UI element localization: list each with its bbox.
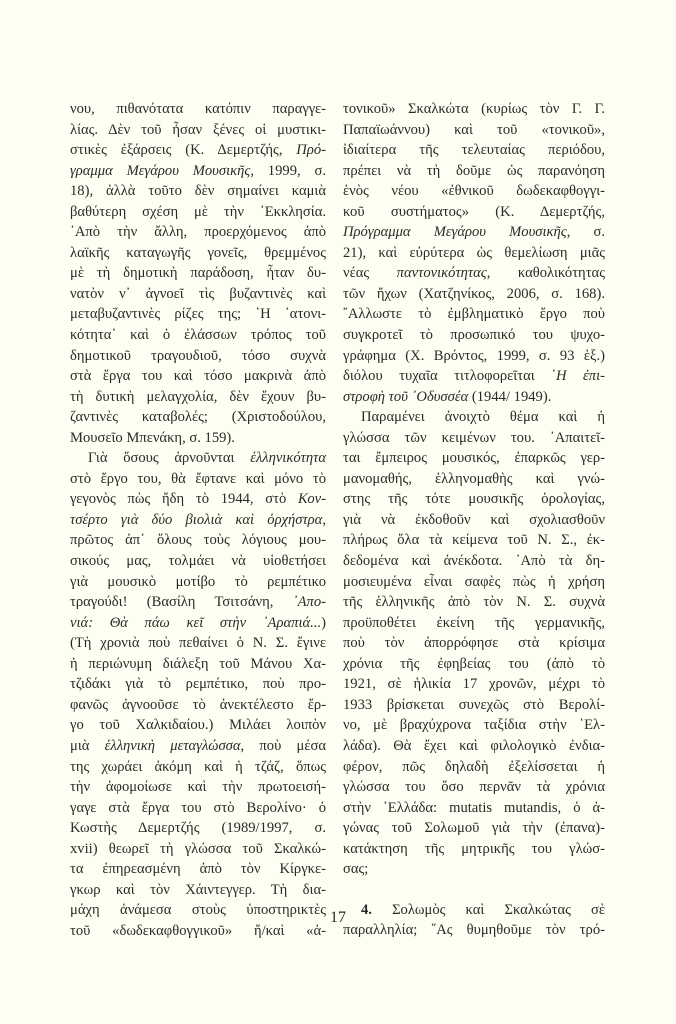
italic-title: Κον-	[298, 491, 326, 507]
text-line: τσέρτο γιὰ δύο βιολιὰ καὶ ὀρχήστρα,	[70, 510, 326, 531]
text-line: κατάκτηση τῆς μητρικῆς του γλώσ-	[343, 839, 605, 860]
text-line: γκωρ καὶ τὸν Χάιντεγγερ. Τὴ δια-	[70, 880, 326, 901]
text-line: Κωστὴς Δεμερτζής (1989/1997, σ.	[70, 818, 326, 839]
text-line: γιὰ μουσικὸ μοτίβο τὸ ρεμπέτικο	[70, 572, 326, 593]
text-line: φέρον, πῶς δηλαδὴ ἐξελίσσεται ἡ	[343, 757, 605, 778]
text-line: μανομαθής, ἑλληνομαθὴς καὶ γνώ-	[343, 469, 605, 490]
text-line: γαγε στὰ ἔργα του στὸ Βερολίνο· ὁ	[70, 798, 326, 819]
text-line: μιὰ ἑλληνικὴ μεταγλώσσα, ποὺ μέσα	[70, 736, 326, 757]
text-line: στικὲς ἐξάρσεις (Κ. Δεμερτζής, Πρό-	[70, 140, 326, 161]
text-line: xvii) θεωρεῖ τὴ γλώσσα τοῦ Σκαλκώ-	[70, 839, 326, 860]
text-line: συγκροτεῖ τὸ προσωπικό του ψυχο-	[343, 325, 605, 346]
text-line: 21), καὶ εὐρύτερα ὡς θεμελίωση μιᾶς	[343, 243, 605, 264]
text-line: στὰ ἔργα του καὶ τόσο μακρινὰ ἀπὸ	[70, 366, 326, 387]
text-line: γλώσσα τῶν κειμένων του. ᾿Απαιτεῖ-	[343, 428, 605, 449]
text-line: τὴ δυτικὴ μελαγχολία, δὲν ἔχουν βυ-	[70, 387, 326, 408]
paragraph-start-line: Παραμένει ἀνοιχτὸ θέμα καὶ ἡ	[343, 407, 605, 428]
text-line: σικούς μας, τολμάει νὰ υἱοθετήσει	[70, 551, 326, 572]
text-line: ποὺ τὸν ἀπορρόφησε στὰ κρίσιμα	[343, 633, 605, 654]
text-line: προϋποθέτει ἐκείνη τῆς γερμανικῆς,	[343, 613, 605, 634]
italic-title: ᾿Απο-	[293, 594, 326, 610]
text-line: ἡ περιώνυμη διάλεξη τοῦ Μάνου Χα-	[70, 654, 326, 675]
text-line: στὴν ῾Ελλάδα: mutatis mutandis, ὁ ἀ-	[343, 798, 605, 819]
text-line: τῆς ἑλληνικῆς ἀπὸ τὸν Ν. Σ. συχνὰ	[343, 592, 605, 613]
text-line: γεγονὸς πὼς ἤδη τὸ 1944, στὸ Κον-	[70, 489, 326, 510]
text-line: λίας. Δὲν τοῦ ἦσαν ξένες οἱ μυστικι-	[70, 120, 326, 141]
text-line: χρόνια τῆς ἐφηβείας του (ἀπὸ τὸ	[343, 654, 605, 675]
text-line: στὸ ἔργο του, θὰ ἔφτανε καὶ μόνο τὸ	[70, 469, 326, 490]
text-line: νου, πιθανότατα κατόπιν παραγγε-	[70, 99, 326, 120]
text-line: ἰδιαίτερα τῆς τελευταίας περιόδου,	[343, 140, 605, 161]
text-line: μεταβυζαντινὲς ρίζες της; ῾Η ᾿ατονι-	[70, 304, 326, 325]
left-text-column: νου, πιθανότατα κατόπιν παραγγε- λίας. Δ…	[70, 99, 326, 941]
right-text-column: τονικοῦ» Σκαλκώτα (κυρίως τὸν Γ. Γ. Παπα…	[343, 99, 605, 941]
text-line: μὲ τὴ δημοτικὴ παράδοση, ἦταν δυ-	[70, 263, 326, 284]
text-line: ται ἔμπειρος μουσικός, ἐπαρκῶς γερ-	[343, 448, 605, 469]
text-line: κοῦ συστήματος» (Κ. Δεμερτζής,	[343, 202, 605, 223]
text-line: γιὰ νὰ ἐκδοθοῦν καὶ σχολιασθοῦν	[343, 510, 605, 531]
text-line: πρέπει νὰ τὴ δοῦμε ὡς παρανόηση	[343, 161, 605, 182]
italic-term: ἑλληνικότητα	[250, 450, 326, 466]
text-line: νέας παντονικότητας, καθολικότητας	[343, 263, 605, 284]
text-line: γο τοῦ Χαλκιδαίου.) Μιλάει λοιπὸν	[70, 715, 326, 736]
italic-title: τσέρτο γιὰ δύο βιολιὰ καὶ ὀρχήστρα	[70, 512, 322, 528]
text-line: σας;	[343, 859, 605, 880]
text-line: γλώσσα του ὅσο περνᾶν τὰ χρόνια	[343, 777, 605, 798]
text-line: 1933 βρίσκεται συνεχῶς στὸ Βερολί-	[343, 695, 605, 716]
italic-term: ἑλληνικὴ μεταγλώσσα	[105, 738, 241, 754]
text-line: τῶν ἤχων (Χατζηνίκος, 2006, σ. 168).	[343, 284, 605, 305]
text-line: τονικοῦ» Σκαλκώτα (κυρίως τὸν Γ. Γ.	[343, 99, 605, 120]
text-line: διόλου τυχαῖα τιτλοφορεῖται ῾Η ἐπι-	[343, 366, 605, 387]
italic-title: Πρόγραμμα Μεγάρου Μουσικῆς	[343, 224, 567, 240]
page-number: 17	[0, 909, 676, 927]
text-line: Παπαϊωάννου) καὶ τοῦ «τονικοῦ»,	[343, 120, 605, 141]
text-line: τζιδάκι γιὰ τὸ ρεμπέτικο, ποὺ προ-	[70, 674, 326, 695]
text-line: 18), ἀλλὰ τοῦτο δὲν σημαίνει καμιὰ	[70, 181, 326, 202]
text-line: δεδομένα καὶ ἀνέκδοτα. ᾿Απὸ τὰ δη-	[343, 551, 605, 572]
text-line: στης τῆς τότε μουσικῆς ὁρολογίας,	[343, 489, 605, 510]
text-line: κότητα᾿ καὶ ὁ ἐλάσσων τρόπος τοῦ	[70, 325, 326, 346]
text-line: βαθύτερη σχέση μὲ τὴν ᾿Εκκλησία.	[70, 202, 326, 223]
text-line: τραγούδι! (Βασίλη Τσιτσάνη, ᾿Απο-	[70, 592, 326, 613]
text-line: Πρόγραμμα Μεγάρου Μουσικῆς, σ.	[343, 222, 605, 243]
text-line: Μουσεῖο Μπενάκη, σ. 159).	[70, 428, 326, 449]
text-line: δημοτικοῦ τραγουδιοῦ, τόσο συχνὰ	[70, 346, 326, 367]
text-line: νατὸν ν᾿ ἀγνοεῖ τὶς βυζαντινὲς καὶ	[70, 284, 326, 305]
text-line: μοσιευμένα εἶναι σαφὲς πὼς ἡ χρήση	[343, 572, 605, 593]
text-line: στροφὴ τοῦ ᾿Οδυσσέα (1944/ 1949).	[343, 387, 605, 408]
text-line: ῎Αλλωστε τὸ ἐμβληματικὸ ἔργο ποὺ	[343, 304, 605, 325]
text-line: πλήρως ὅλα τὰ κείμενα τοῦ Ν. Σ., ἐκ-	[343, 530, 605, 551]
text-line: της χωράει ἀκόμη καὶ ἡ τζάζ, ὅπως	[70, 757, 326, 778]
text-line: γώνας τοῦ Σολωμοῦ γιὰ τὴν (ἐπανα)-	[343, 818, 605, 839]
text-line: ᾿Απὸ τὴν ἄλλη, προερχόμενος ἀπὸ	[70, 222, 326, 243]
text-line: γράφημα (Χ. Βρόντος, 1999, σ. 93 ἑξ.)	[343, 346, 605, 367]
italic-title: Πρό-	[296, 142, 326, 158]
text-line: ἑνὸς νέου «ἐθνικοῦ δωδεκαφθογγι-	[343, 181, 605, 202]
italic-title: γραμμα Μεγάρου Μουσικῆς	[70, 163, 250, 179]
paragraph-start-line: Γιὰ ὅσους ἀρνοῦνται ἑλληνικότητα	[70, 448, 326, 469]
text-line: τα ἐπηρεασμένη ἀπὸ τὸν Κίργκε-	[70, 859, 326, 880]
text-line: τὴν ἀφομοίωσε καὶ τὴν πρωτοεισή-	[70, 777, 326, 798]
text-line: γραμμα Μεγάρου Μουσικῆς, 1999, σ.	[70, 161, 326, 182]
italic-title: ῾Η ἐπι-	[551, 368, 605, 384]
italic-title: νιά: Θὰ πάω κεῖ στὴν ᾿Αραπιά...	[70, 615, 321, 631]
italic-title: στροφὴ τοῦ ᾿Οδυσσέα	[343, 389, 468, 405]
text-line: ζαντινὲς καταβολές; (Χριστοδούλου,	[70, 407, 326, 428]
text-line: λάδα). Θὰ ἔχει καὶ φιλολογικὸ ἐνδια-	[343, 736, 605, 757]
italic-term: παντονικότητας	[397, 265, 487, 281]
text-line: νιά: Θὰ πάω κεῖ στὴν ᾿Αραπιά...)	[70, 613, 326, 634]
text-line: πρῶτος ἀπ᾿ ὅλους τοὺς λόγιους μου-	[70, 530, 326, 551]
text-line: λαϊκῆς καταγωγῆς γονεῖς, θρεμμένος	[70, 243, 326, 264]
text-line: (Τὴ χρονιὰ ποὺ πεθαίνει ὁ Ν. Σ. ἔγινε	[70, 633, 326, 654]
text-line: 1921, σὲ ἡλικία 17 χρονῶν, μέχρι τὸ	[343, 674, 605, 695]
text-line: νο, μὲ βραχύχρονα ταξίδια στὴν ῾Ελ-	[343, 715, 605, 736]
document-page: νου, πιθανότατα κατόπιν παραγγε- λίας. Δ…	[0, 0, 676, 1024]
text-line: φανῶς ἀγνοοῦσε τὸ ἀνεκτέλεστο ἔρ-	[70, 695, 326, 716]
